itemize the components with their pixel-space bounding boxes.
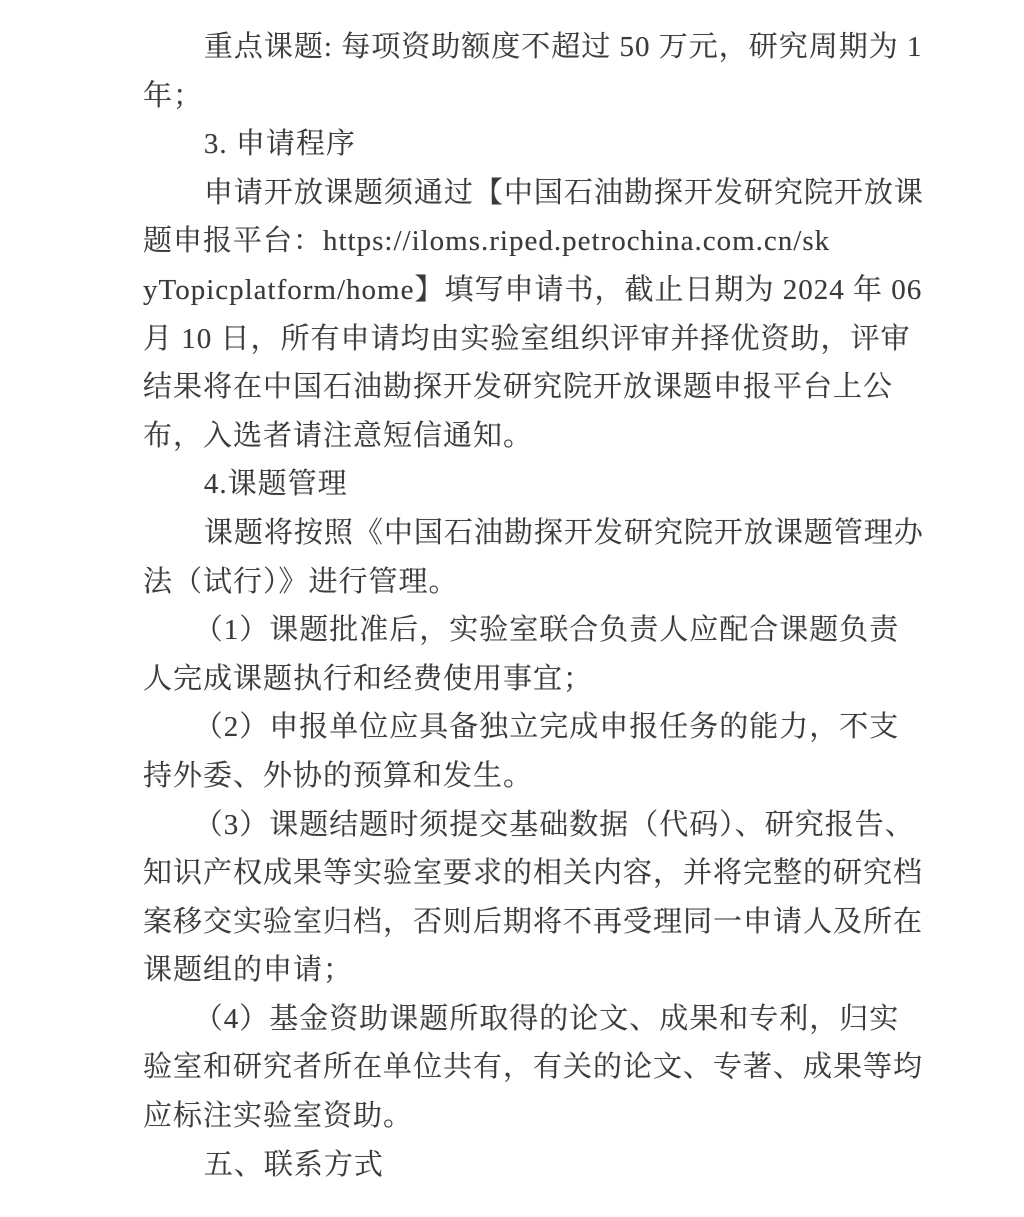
text-line: 知识产权成果等实验室要求的相关内容，并将完整的研究档 [143,849,883,898]
text-line: 验室和研究者所在单位共有，有关的论文、专著、成果等均 [143,1043,883,1092]
text-line-url: yTopicplatform/home】填写申请书，截止日期为 2024 年 0… [143,266,883,315]
text-line: 申请开放课题须通过【中国石油勘探开发研究院开放课 [143,169,883,218]
text-line: 持外委、外协的预算和发生。 [143,752,883,801]
text-line: 结果将在中国石油勘探开发研究院开放课题申报平台上公 [143,363,883,412]
section-heading: 五、联系方式 [143,1141,883,1190]
section-heading: 3. 申请程序 [143,120,883,169]
text-line: 布，入选者请注意短信通知。 [143,412,883,461]
text-line: 月 10 日，所有申请均由实验室组织评审并择优资助，评审 [143,315,883,364]
text-line: （1）课题批准后，实验室联合负责人应配合课题负责 [143,606,883,655]
text-line: 课题组的申请； [143,946,883,995]
text-line: 人完成课题执行和经费使用事宜； [143,655,883,704]
text-line-url: 题申报平台：https://iloms.riped.petrochina.com… [143,217,883,266]
text-line: 重点课题: 每项资助额度不超过 50 万元，研究周期为 1 [143,23,883,72]
text-line: 案移交实验室归档，否则后期将不再受理同一申请人及所在 [143,898,883,947]
text-line: （4）基金资助课题所取得的论文、成果和专利，归实 [143,995,883,1044]
text-line: （3）课题结题时须提交基础数据（代码）、研究报告、 [143,801,883,850]
section-heading: 4.课题管理 [143,460,883,509]
document-page: 重点课题: 每项资助额度不超过 50 万元，研究周期为 1 年； 3. 申请程序… [0,0,1024,1217]
document-text-block: 重点课题: 每项资助额度不超过 50 万元，研究周期为 1 年； 3. 申请程序… [143,23,883,1189]
text-line: 课题将按照《中国石油勘探开发研究院开放课题管理办 [143,509,883,558]
text-line: （2）申报单位应具备独立完成申报任务的能力，不支 [143,703,883,752]
text-line: 法（试行）》进行管理。 [143,558,883,607]
text-line: 应标注实验室资助。 [143,1092,883,1141]
text-line: 年； [143,72,883,121]
